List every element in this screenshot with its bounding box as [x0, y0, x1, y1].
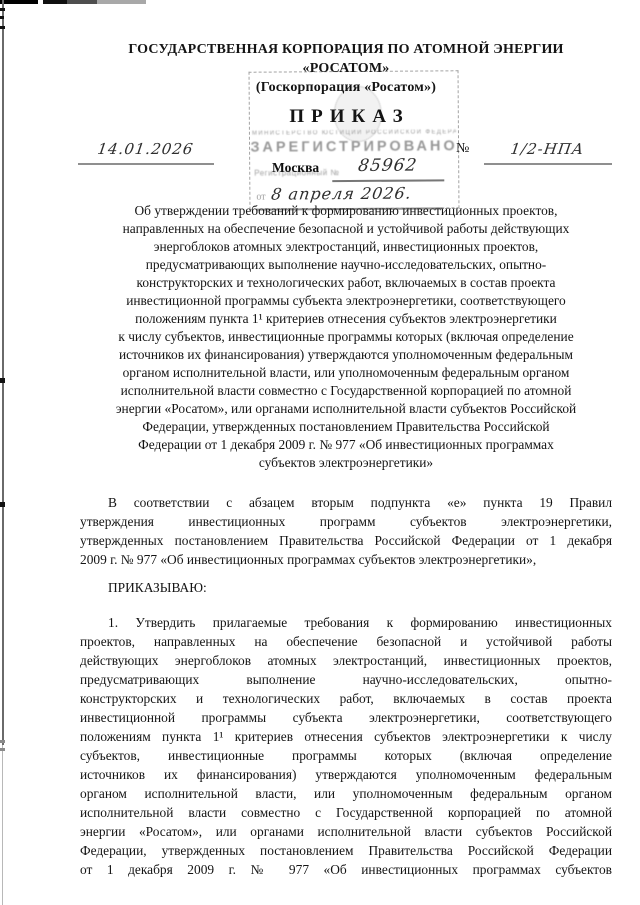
text-line: действующих энергоблоков атомных электро…: [80, 651, 612, 670]
place-line: Москва: [272, 160, 319, 176]
text-line: утвержденных постановлением Правительств…: [80, 531, 612, 550]
document-type-heading: ПРИКАЗ: [80, 106, 612, 128]
scan-speck: [0, 502, 5, 507]
text-line: 2009 г. № 977 «Об инвестиционных програм…: [80, 550, 612, 569]
text-line: Об утверждении требований к формированию…: [80, 202, 612, 220]
text-line: конструкторских и технологических работ,…: [80, 274, 612, 292]
scan-speck: [0, 26, 5, 29]
order-title: Об утверждении требований к формированию…: [80, 202, 612, 472]
text-line: 1. Утвердить прилагаемые требования к фо…: [80, 613, 612, 632]
text-line: от 1 декабря 2009 г. № 977 «Об инвестици…: [80, 860, 612, 879]
text-line: энергии «Росатом», или органами исполнит…: [80, 822, 612, 841]
text-line: предусматривающих выполнение научно-иссл…: [80, 670, 612, 689]
stamp-reg-number-value: 85962: [332, 155, 444, 182]
text-line: положениям пункта 1¹ критериев отнесения…: [80, 727, 612, 746]
scan-speck: [0, 740, 5, 743]
scan-artifact-top-bar: [0, 0, 146, 4]
text-line: источников их финансирования) утверждают…: [80, 765, 612, 784]
text-line: предусматривающих выполнение научно-иссл…: [80, 256, 612, 274]
handwritten-reg-date: 8 апреля 2026.: [270, 184, 413, 204]
handwritten-document-date: 14.01.2026: [96, 134, 195, 158]
handwritten-document-number: 1/2-НПА: [509, 134, 586, 158]
command-word: ПРИКАЗЫВАЮ:: [80, 578, 612, 597]
text-line: утверждения инвестиционных программ субъ…: [80, 512, 612, 531]
stamp-registered-label: ЗАРЕГИСТРИРОВАНО: [250, 138, 458, 155]
text-line: органом исполнительной власти, или уполн…: [80, 784, 612, 803]
text-line: органом исполнительной власти, или уполн…: [80, 364, 612, 382]
document-number-label: №: [456, 141, 469, 157]
org-line-1: ГОСУДАРСТВЕННАЯ КОРПОРАЦИЯ ПО АТОМНОЙ ЭН…: [80, 40, 612, 59]
handwritten-reg-number: 85962: [357, 156, 419, 176]
text-line: направленных на обеспечение безопасной и…: [80, 220, 612, 238]
document-date-field: 14.01.2026: [78, 134, 214, 165]
text-line: В соответствии с абзацем вторым подпункт…: [80, 493, 612, 512]
text-line: источников их финансирования) утверждают…: [80, 346, 612, 364]
text-line: положениям пункта 1¹ критериев отнесения…: [80, 310, 612, 328]
scan-speck: [0, 8, 5, 11]
text-line: проектов, направленных на обеспечение бе…: [80, 632, 612, 651]
org-line-3: (Госкорпорация «Росатом»): [80, 78, 612, 97]
text-line: энергии «Росатом», или органами исполнит…: [80, 400, 612, 418]
text-line: субъектов, инвестиционные программы кото…: [80, 746, 612, 765]
text-line: энергоблоков атомных электростанций, инв…: [80, 238, 612, 256]
text-line: Федерации, утвержденных постановлением П…: [80, 841, 612, 860]
scan-artifact-left-line: [2, 0, 4, 745]
document-number-field: 1/2-НПА: [484, 134, 612, 165]
scan-speck: [0, 16, 4, 19]
text-line: инвестиционной программы субъекта электр…: [80, 708, 612, 727]
text-line: Федерации от 1 декабря 2009 г. № 977 «Об…: [80, 436, 612, 454]
text-line: исполнительной власти совместно с Госуда…: [80, 803, 612, 822]
organization-name: ГОСУДАРСТВЕННАЯ КОРПОРАЦИЯ ПО АТОМНОЙ ЭН…: [80, 40, 612, 97]
text-line: исполнительной власти совместно с Госуда…: [80, 382, 612, 400]
text-line: конструкторских и технологических работ,…: [80, 689, 612, 708]
scan-speck: [0, 748, 5, 751]
text-line: к числу субъектов, инвестиционные програ…: [80, 328, 612, 346]
text-line: инвестиционной программы субъекта электр…: [80, 292, 612, 310]
text-line: Федерации, утвержденных постановлением П…: [80, 418, 612, 436]
preamble-paragraph: В соответствии с абзацем вторым подпункт…: [80, 493, 612, 569]
document-page: МИНИСТЕРСТВО ЮСТИЦИИ РОССИЙСКОЙ ФЕДЕРАЦИ…: [0, 0, 640, 905]
item-1-paragraph: 1. Утвердить прилагаемые требования к фо…: [80, 613, 612, 879]
document-body: Об утверждении требований к формированию…: [80, 202, 612, 879]
stamp-agency-line: МИНИСТЕРСТВО ЮСТИЦИИ РОССИЙСКОЙ ФЕДЕРАЦИ…: [252, 129, 456, 136]
org-line-2: «РОСАТОМ»: [80, 59, 612, 78]
text-line: субъектов электроэнергетики»: [80, 454, 612, 472]
scan-artifact-left-line-lower: [2, 745, 3, 905]
scan-speck: [0, 378, 5, 383]
